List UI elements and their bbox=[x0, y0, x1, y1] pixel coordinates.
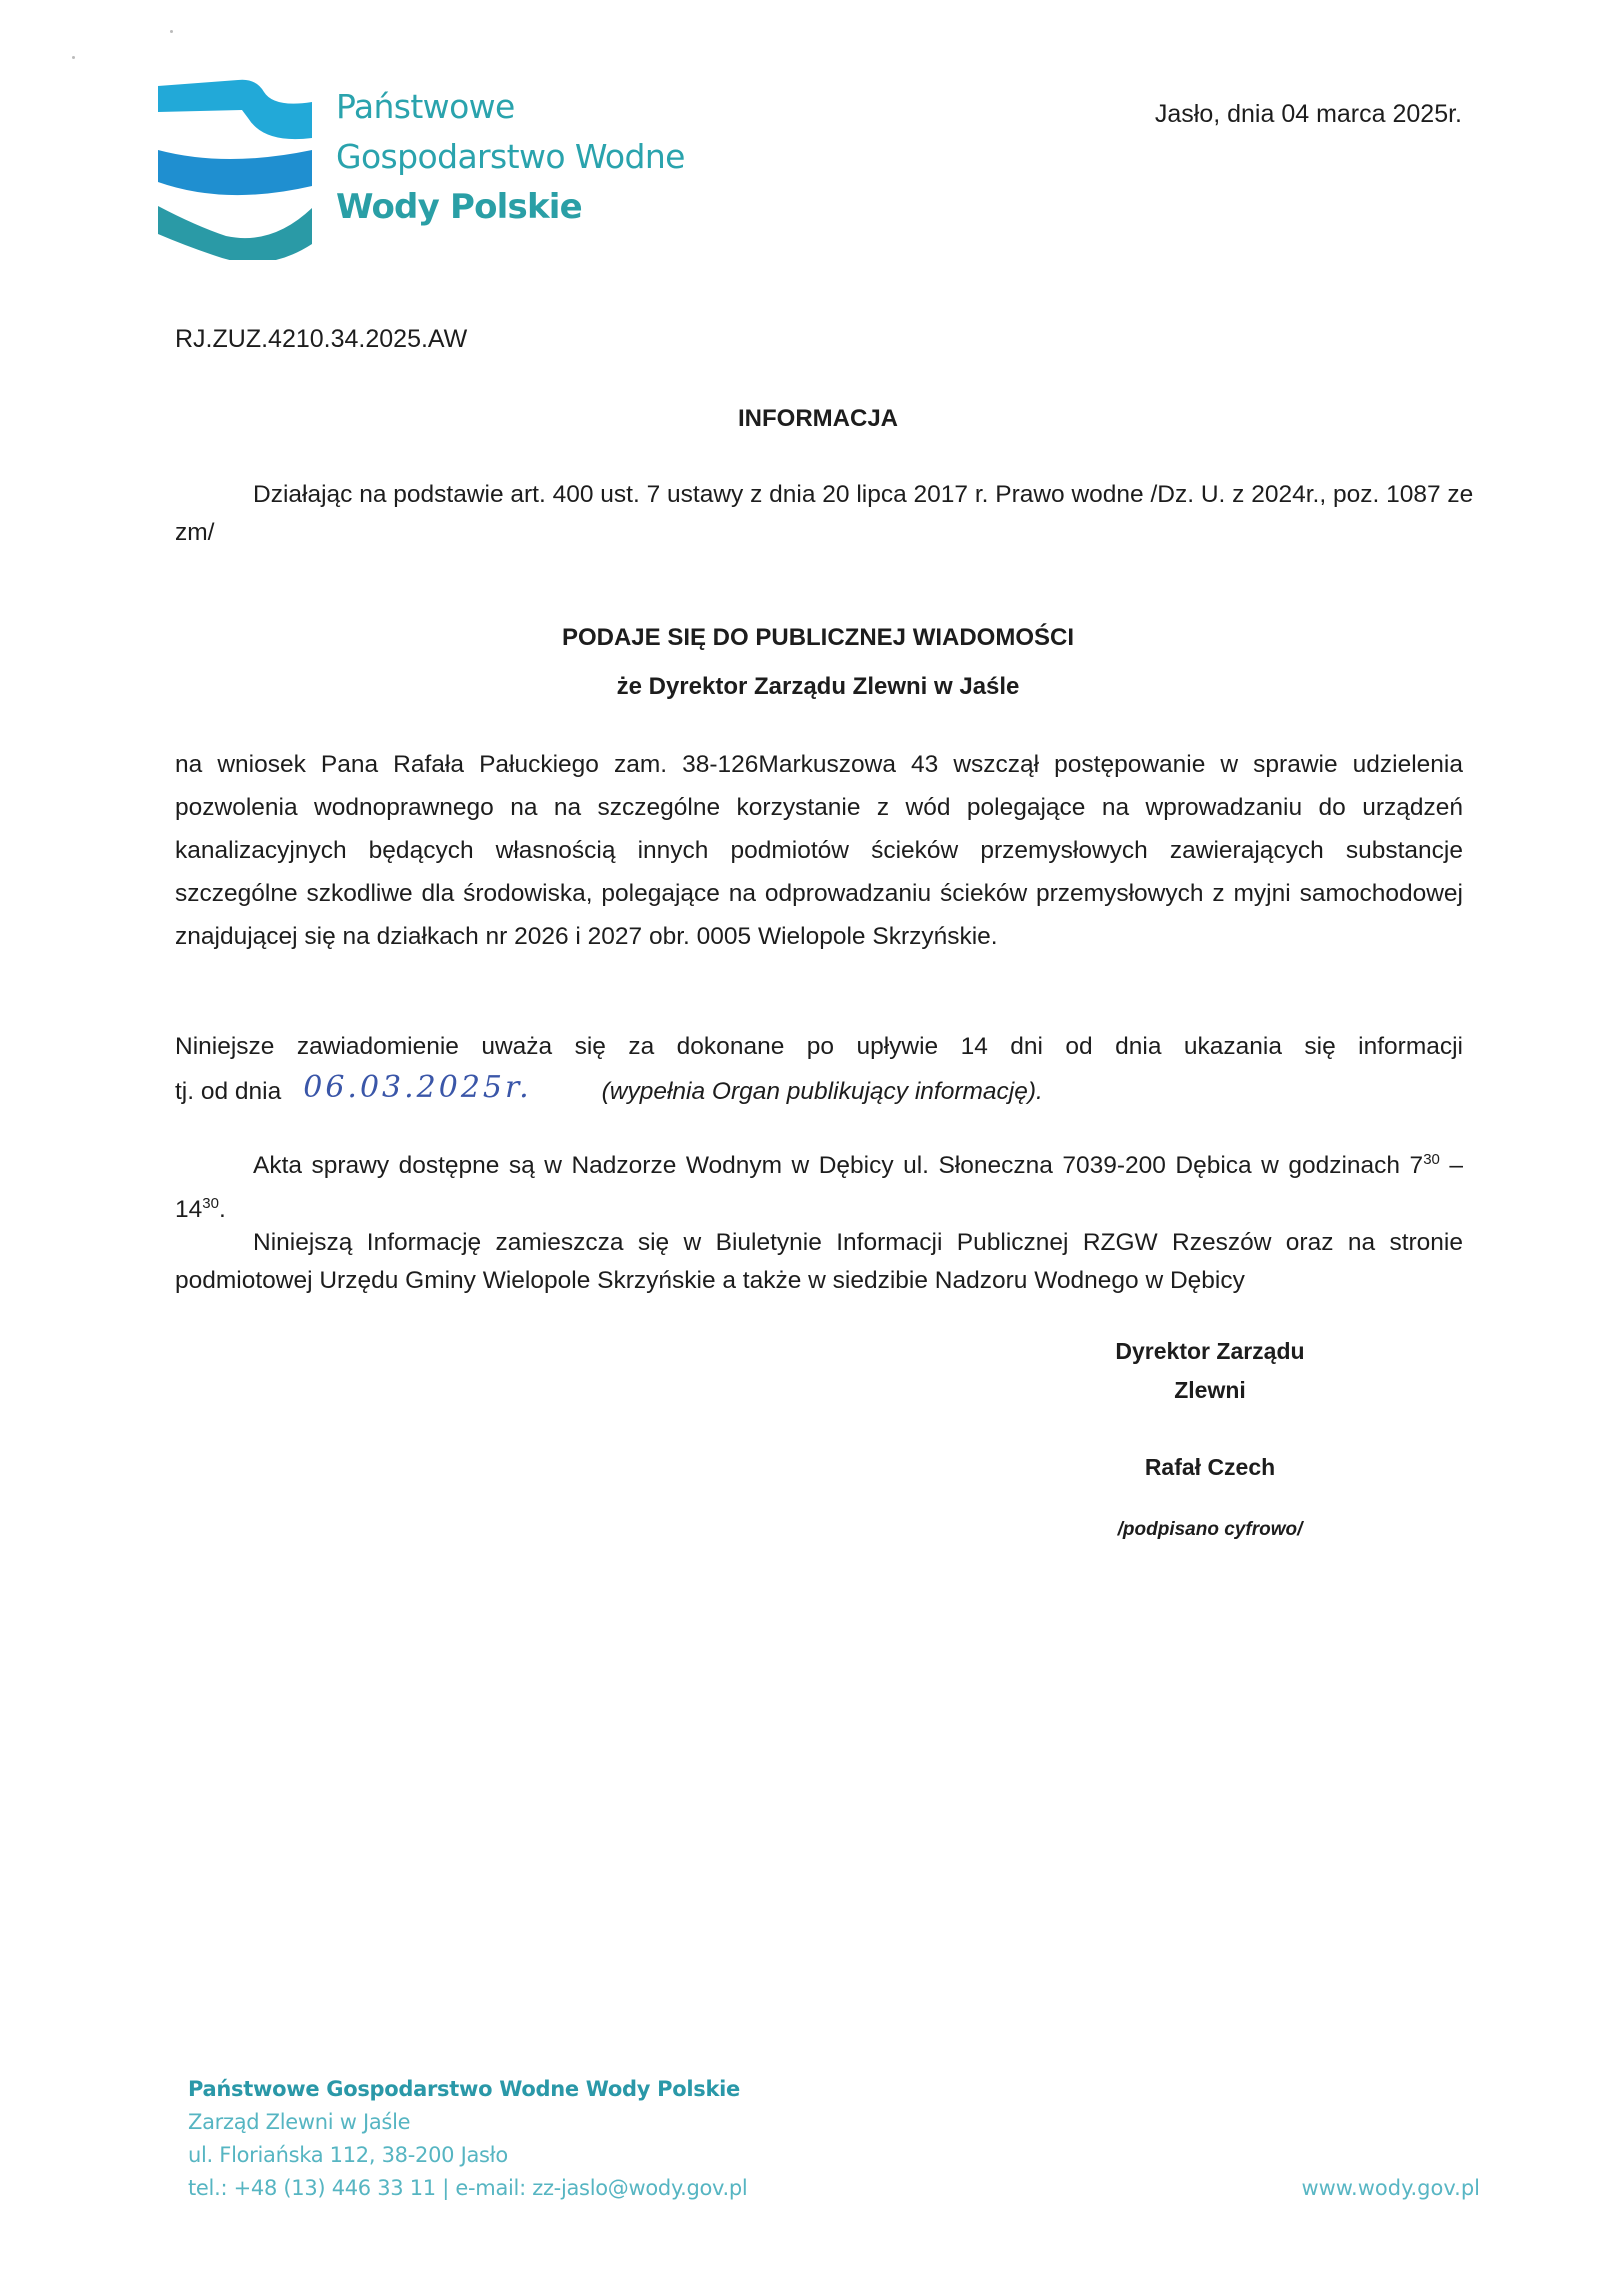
logo-line-2: Gospodarstwo Wodne bbox=[336, 132, 685, 182]
document-date: Jasło, dnia 04 marca 2025r. bbox=[1155, 100, 1462, 129]
hours-end-min: 30 bbox=[202, 1195, 219, 1212]
notice-line-2: tj. od dnia06.03.2025r.(wypełnia Organ p… bbox=[175, 1068, 1463, 1113]
notice-note: (wypełnia Organ publikujący informację). bbox=[602, 1078, 1043, 1105]
announcement-heading: PODAJE SIĘ DO PUBLICZNEJ WIADOMOŚCI bbox=[0, 624, 1600, 652]
logo-line-3: Wody Polskie bbox=[336, 182, 685, 232]
footer-website-link[interactable]: www.wody.gov.pl bbox=[1301, 2176, 1480, 2200]
footer-unit: Zarząd Zlewni w Jaśle bbox=[188, 2106, 747, 2139]
footer-contact-line[interactable]: tel.: +48 (13) 446 33 11 | e-mail: zz-ja… bbox=[188, 2172, 747, 2205]
announcement-subheading: że Dyrektor Zarządu Zlewni w Jaśle bbox=[0, 673, 1600, 701]
hours-end-dot: . bbox=[219, 1196, 226, 1223]
files-info-paragraph: Akta sprawy dostępne są w Nadzorze Wodny… bbox=[175, 1141, 1463, 1229]
publication-info-paragraph: Niniejszą Informację zamieszcza się w Bi… bbox=[175, 1224, 1463, 1300]
signature-note: /podpisano cyfrowo/ bbox=[1020, 1519, 1400, 1541]
notice-prefix: tj. od dnia bbox=[175, 1078, 281, 1105]
signature-title-1: Dyrektor Zarządu bbox=[1020, 1338, 1400, 1365]
logo-line-1: Państwowe bbox=[336, 82, 685, 132]
hours-start-min: 30 bbox=[1423, 1151, 1440, 1168]
reference-number: RJ.ZUZ.4210.34.2025.AW bbox=[175, 325, 467, 354]
files-info-text: Akta sprawy dostępne są w Nadzorze Wodny… bbox=[253, 1152, 1400, 1179]
footer-org: Państwowe Gospodarstwo Wodne Wody Polski… bbox=[188, 2073, 747, 2106]
scan-speck bbox=[170, 30, 173, 33]
main-paragraph: na wniosek Pana Rafała Pałuckiego zam. 3… bbox=[175, 743, 1463, 958]
hours-dash: – bbox=[1440, 1152, 1463, 1179]
footer-address: ul. Floriańska 112, 38-200 Jasło bbox=[188, 2139, 747, 2172]
signature-title-2: Zlewni bbox=[1020, 1377, 1400, 1404]
notice-line-1: Niniejsze zawiadomienie uważa się za dok… bbox=[175, 1025, 1463, 1068]
hours-start: 7 bbox=[1410, 1152, 1424, 1179]
legal-basis-paragraph: Działając na podstawie art. 400 ust. 7 u… bbox=[175, 476, 1475, 552]
scan-speck bbox=[72, 56, 75, 59]
logo-wordmark: Państwowe Gospodarstwo Wodne Wody Polski… bbox=[336, 82, 685, 232]
document-title: INFORMACJA bbox=[0, 405, 1600, 433]
logo-waves-icon bbox=[156, 78, 312, 260]
footer-contact: Państwowe Gospodarstwo Wodne Wody Polski… bbox=[188, 2073, 747, 2205]
handwritten-date: 06.03.2025r. bbox=[303, 1066, 531, 1109]
hours-end: 14 bbox=[175, 1196, 202, 1223]
notice-paragraph: Niniejsze zawiadomienie uważa się za dok… bbox=[175, 1025, 1463, 1113]
signature-name: Rafał Czech bbox=[1020, 1454, 1400, 1481]
